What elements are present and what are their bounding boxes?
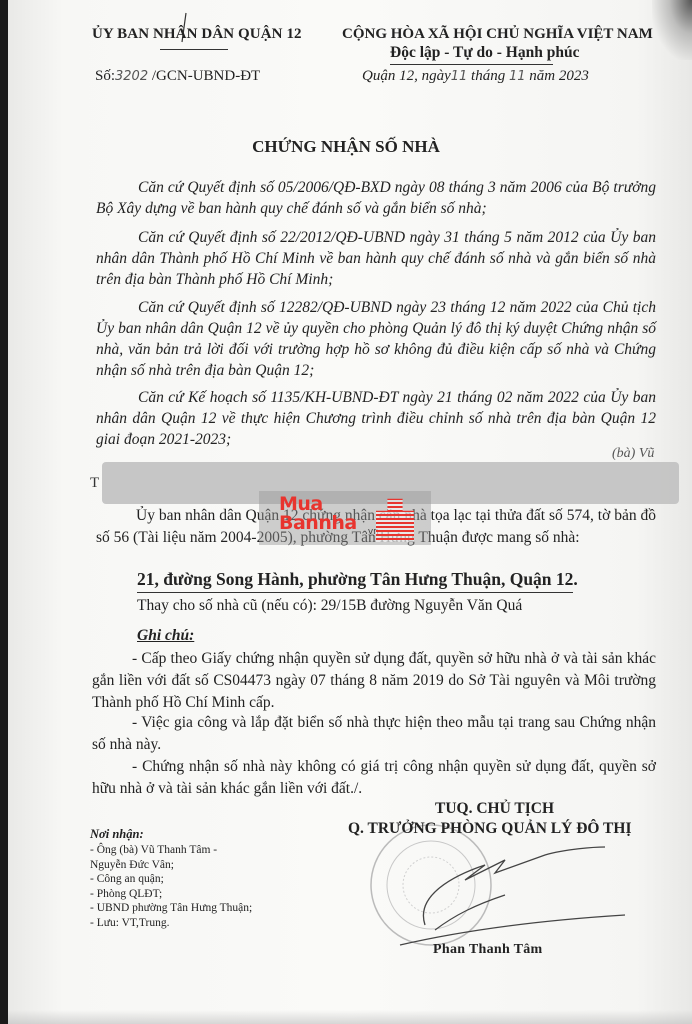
recipient-item: - Ông (bà) Vũ Thanh Tâm - <box>90 843 252 858</box>
house-address: 21, đường Song Hành, phường Tân Hưng Thu… <box>137 569 578 590</box>
legal-basis-4: Căn cứ Kế hoạch số 1135/KH-UBND-ĐT ngày … <box>96 387 656 450</box>
address-underline <box>137 592 573 593</box>
date-prefix: Quận 12, ngày <box>362 68 451 84</box>
signature-icon <box>395 835 655 955</box>
motto: Độc lập - Tự do - Hạnh phúc <box>390 44 579 62</box>
signer-name: Phan Thanh Tâm <box>433 942 543 958</box>
note-2: - Việc gia công và lắp đặt biển số nhà t… <box>92 712 656 756</box>
old-address: Thay cho số nhà cũ (nếu có): 29/15B đườn… <box>137 597 522 615</box>
motto-underline <box>390 64 553 65</box>
issuer-underline <box>160 49 228 50</box>
page-shadow <box>652 0 692 60</box>
issuer-name: ỦY BAN NHÂN DÂN QUẬN 12 <box>92 26 302 43</box>
document-number: Số:3202 /GCN-UBND-ĐT <box>95 68 260 85</box>
notes-title: Ghi chú: <box>137 627 194 645</box>
recipient-item: - Công an quận; <box>90 872 252 887</box>
building-icon <box>376 494 414 542</box>
note-3: - Chứng nhận số nhà này không có giá trị… <box>92 756 656 800</box>
legal-basis-1: Căn cứ Quyết định số 05/2006/QĐ-BXD ngày… <box>96 177 656 219</box>
number-handwritten: 3202 <box>115 69 148 84</box>
page-edge <box>8 1010 692 1024</box>
recipient-item: - Lưu: VT,Trung. <box>90 916 252 931</box>
number-prefix: Số: <box>95 68 115 84</box>
redacted-text-peek-left: T <box>90 475 99 492</box>
watermark-text: Mua Bannha <box>279 495 357 533</box>
recipient-item: - UBND phường Tân Hưng Thuận; <box>90 901 252 916</box>
redacted-text-peek: (bà) Vũ <box>612 446 654 462</box>
date-month: 11 <box>509 69 526 84</box>
number-suffix: /GCN-UBND-ĐT <box>152 68 260 84</box>
date-month-label: tháng <box>471 68 505 84</box>
legal-basis-2: Căn cứ Quyết định số 22/2012/QĐ-UBND ngà… <box>96 227 656 290</box>
signer-title-2: Q. TRƯỞNG PHÒNG QUẢN LÝ ĐÔ THỊ <box>348 820 631 838</box>
watermark-logo: Mua Bannha .vn <box>259 491 431 545</box>
recipients-list: - Ông (bà) Vũ Thanh Tâm - Nguyễn Đức Vân… <box>90 843 252 930</box>
issue-date: Quận 12, ngày11 tháng 11 năm 2023 <box>362 68 589 85</box>
recipient-item: - Phòng QLĐT; <box>90 887 252 902</box>
note-1: - Cấp theo Giấy chứng nhận quyền sử dụng… <box>92 648 656 714</box>
document-title: CHỨNG NHẬN SỐ NHÀ <box>0 137 692 157</box>
recipient-item: Nguyễn Đức Vân; <box>90 858 252 873</box>
date-day: 11 <box>451 69 468 84</box>
date-year: năm 2023 <box>529 68 589 84</box>
signer-title-1: TUQ. CHỦ TỊCH <box>435 800 554 818</box>
recipients-title: Nơi nhận: <box>90 827 144 842</box>
nation-name: CỘNG HÒA XÃ HỘI CHỦ NGHĨA VIỆT NAM <box>342 26 653 43</box>
legal-basis-3: Căn cứ Quyết định số 12282/QĐ-UBND ngày … <box>96 297 656 381</box>
